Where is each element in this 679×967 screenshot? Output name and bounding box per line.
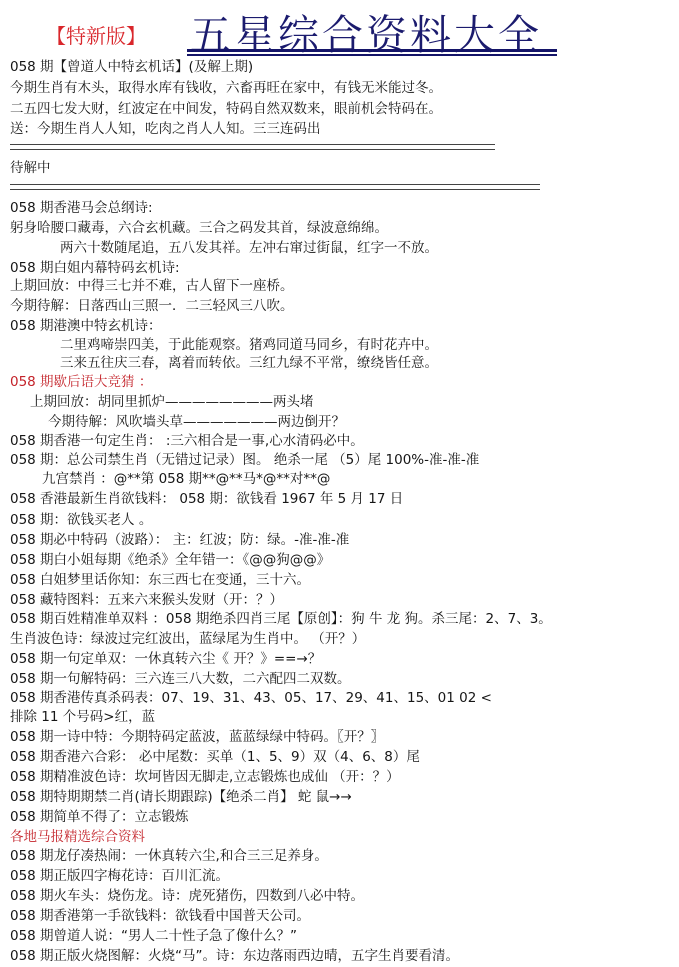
- text-line: 058 期百姓精准单双料 ：058 期绝杀四肖三尾【原创】：狗 牛 龙 狗。杀三…: [10, 610, 552, 628]
- page-header: 【特新版】 五星综合资料大全: [0, 0, 679, 60]
- section-heading: 058 期歇后语大竞猜 ：: [10, 373, 152, 391]
- text-line: 058 期正版四字梅花诗：百川汇流。: [10, 867, 229, 885]
- text-line: 二里鸡啼崇四美，于此能观察。猪鸡同道马同乡，有时花卉中。: [60, 336, 438, 354]
- text-line: 058 期白姐内幕特码玄机诗:: [10, 259, 180, 277]
- text-line: 三来五往庆三春，离着而转依。三红九绿不平常，缭绕皆任意。: [60, 354, 438, 372]
- new-edition-badge: 【特新版】: [46, 20, 146, 49]
- text-line: 058 期简单不得了：立志锻炼: [10, 808, 189, 826]
- text-line: 058 白姐梦里话你知：东三西七在变通，三十六。: [10, 571, 310, 589]
- text-line: 躬身哈腰口藏毒，六合玄机藏。三合之码发其首，绿波意绵绵。: [10, 219, 388, 237]
- text-line: 今期生肖有木头，取得水库有钱收，六畜再旺在家中，有钱无米能过冬。: [10, 79, 442, 97]
- text-line: 058 期必中特码（波路）： 主：红波；防：绿。-准-准-准: [10, 531, 349, 549]
- text-line: 058 期香港马会总纲诗:: [10, 199, 153, 217]
- text-line: 两六十数随尾追，五八发其祥。左冲右窜过街鼠，红字一不放。: [60, 239, 438, 257]
- text-line: 058 期正版火烧图解：火烧“马”。诗：东边落雨西边晴，五字生肖要看清。: [10, 947, 459, 965]
- text-line: 058 期龙仔凑热闹：一休真转六尘,和合三三足养身。: [10, 847, 328, 865]
- text-line: 058 期一诗中特：今期特码定蓝波，蓝蓝绿绿中特码。〖开？〗: [10, 728, 384, 746]
- title-underline-thin: [187, 54, 557, 56]
- text-line: 送：今期生肖人人知，吃肉之肖人人知。三三连码出: [10, 120, 321, 138]
- text-line: 058 期一句定单双：一休真转六尘《 开？》==→？: [10, 650, 321, 668]
- text-line: 058 期曾道人说：“男人二十性子急了像什么？”: [10, 927, 297, 945]
- text-line: 上期回放：中得三七并不难，古人留下一座桥。: [10, 277, 294, 295]
- page-title: 五星综合资料大全: [190, 2, 542, 61]
- text-line: 今期待解：风吹墙头草———————两边倒开？: [48, 413, 345, 431]
- text-line: 二五四七发大财，红波定在中间发，特码自然双数来，眼前机会特码在。: [10, 100, 442, 118]
- text-line: 上期回放：胡同里抓炉————————两头堵: [30, 393, 314, 411]
- text-line: 058 期白小姐每期《绝杀》全年错一：《@@狗@@》: [10, 551, 330, 569]
- text-line: 058 期香港一句定生肖： :三六相合是一事,心水清码必中。: [10, 432, 364, 450]
- text-line: 待解中: [10, 159, 51, 177]
- text-line: 058 藏特图料：五来六来猴头发财（开：？）: [10, 591, 283, 609]
- separator-line: [10, 184, 540, 190]
- text-line: 058 期精准波色诗：坎坷皆因无脚走,立志锻炼也成仙 （开：？）: [10, 768, 400, 786]
- text-line: 058 期：总公司禁生肖（无错过记录）图。 绝杀一尾 （5）尾 100%-准-准…: [10, 451, 479, 469]
- section-heading: 各地马报精选综合资料: [10, 828, 145, 846]
- text-line: 058 期香港六合彩： 必中尾数：买单（1、5、9）双（4、6、8）尾: [10, 748, 420, 766]
- text-line: 058 香港最新生肖欲钱料： 058 期：欲钱看 1967 年 5 月 17 日: [10, 490, 403, 508]
- text-line: 058 期香港传真杀码表：07、19、31、43、05、17、29、41、15、…: [10, 689, 492, 707]
- text-line: 今期待解：日落西山三照一．二三轻风三八吹。: [10, 297, 294, 315]
- text-line: 058 期【曾道人中特玄机话】(及解上期): [10, 58, 253, 76]
- title-underline: [187, 49, 557, 52]
- text-line: 生肖波色诗：绿波过完红波出，蓝绿尾为生肖中。 （开？）: [10, 630, 365, 648]
- text-line: 058 期特期期禁二肖(请长期跟踪)【绝杀二肖】 蛇 鼠→→: [10, 788, 352, 806]
- text-line: 九宫禁肖 ：@**第 058 期**@**马*@**对**@: [42, 470, 330, 488]
- text-line: 058 期香港第一手欲钱料：欲钱看中国普天公司。: [10, 907, 310, 925]
- separator-line: [10, 144, 495, 150]
- text-line: 058 期港澳中特玄机诗：: [10, 317, 162, 335]
- text-line: 058 期一句解特码：三六连三八大数，二六配四二双数。: [10, 670, 351, 688]
- text-line: 058 期火车头：烧伤龙。诗：虎死猪伤，四数到八必中特。: [10, 887, 364, 905]
- text-line: 058 期：欲钱买老人 。: [10, 511, 152, 529]
- text-line: 排除 11 个号码>红，蓝: [10, 708, 155, 726]
